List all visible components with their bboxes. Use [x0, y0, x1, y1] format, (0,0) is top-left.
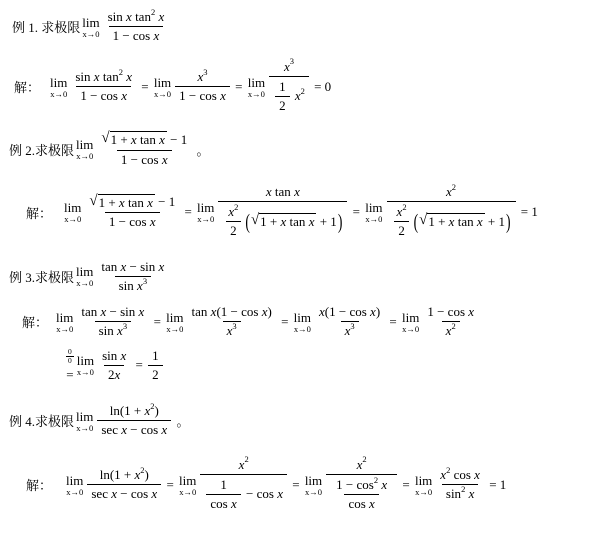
- math-text: − sin: [126, 259, 158, 275]
- lim-word: lim: [76, 138, 93, 151]
- fraction: x31 − cos x: [175, 68, 230, 106]
- numerator: x2: [442, 183, 460, 201]
- math-text: 2: [279, 98, 286, 114]
- math-text: tan: [81, 304, 100, 320]
- lim-subscript: x→0: [66, 488, 83, 497]
- math-text: ): [155, 403, 159, 419]
- example1-solution: 解：limx→0sin x tan2 x1 − cos x = limx→0x3…: [14, 58, 596, 117]
- math-variable: x: [147, 195, 153, 211]
- limit-operator: limx→0: [77, 354, 94, 377]
- math-text: cos: [450, 467, 474, 483]
- math-text: =: [66, 367, 73, 382]
- lim-word: lim: [66, 474, 83, 487]
- denominator: 1 − cos2 xcos x: [326, 474, 397, 515]
- denominator: 2x: [104, 365, 124, 384]
- fraction: x2 cos xsin2 x: [436, 466, 484, 504]
- math-variable: x: [115, 367, 121, 383]
- math-text: 1 − cos: [109, 214, 150, 230]
- math-text: 0: [68, 357, 72, 365]
- math-text: 解：: [22, 312, 48, 331]
- fraction: x22: [393, 203, 411, 241]
- math-text: tan: [132, 9, 151, 25]
- lim-word: lim: [365, 201, 382, 214]
- math-text: 2: [398, 223, 405, 239]
- math-text: 1: [220, 477, 227, 493]
- math-text: 解：: [26, 203, 52, 222]
- math-text: − sin: [106, 304, 138, 320]
- limit-operator: limx→0: [76, 410, 93, 433]
- limit-operator: limx→0: [154, 76, 171, 99]
- math-text: sin: [75, 69, 93, 85]
- superscript: 2: [244, 455, 248, 464]
- math-variable: x: [231, 496, 237, 512]
- lim-word: lim: [77, 354, 94, 367]
- math-text: + 1: [316, 214, 336, 230]
- math-variable: x: [121, 348, 127, 364]
- superscript: 2: [362, 455, 366, 464]
- square-root: √1 + x tan x: [89, 194, 155, 211]
- math-text: − 1: [155, 194, 175, 210]
- example4-solution: 解：limx→0ln(1 + x2)sec x − cos x = limx→0…: [26, 456, 596, 515]
- superscript: 2: [234, 203, 238, 212]
- math-text: tan: [192, 304, 211, 320]
- lim-subscript: x→0: [76, 152, 93, 161]
- limit-operator: limx→0: [402, 311, 419, 334]
- lim-word: lim: [64, 201, 81, 214]
- lim-word: lim: [76, 410, 93, 423]
- example1-title: 例 1. 求极限limx→0sin x tan2 x1 − cos x: [12, 8, 596, 46]
- math-text: tan: [137, 132, 159, 148]
- math-variable: x: [121, 88, 127, 104]
- math-text: 。: [173, 411, 189, 430]
- math-text: =: [163, 477, 177, 493]
- numerator: sin x tan2 x: [104, 8, 169, 26]
- math-text: sin: [102, 348, 120, 364]
- superscript: 2: [446, 466, 450, 475]
- lim-word: lim: [166, 311, 183, 324]
- math-variable: x: [159, 132, 165, 148]
- annotation-base: =: [66, 367, 73, 383]
- math-variable: x: [277, 486, 283, 502]
- example3-title: 例 3.求极限limx→0tan x − sin xsin x3: [9, 258, 596, 296]
- math-text: ): [145, 467, 149, 483]
- limit-operator: limx→0: [197, 201, 214, 224]
- superscript: 2: [301, 87, 305, 96]
- math-text: (1 − cos: [216, 304, 261, 320]
- lim-subscript: x→0: [76, 424, 93, 433]
- numerator: 1: [148, 347, 163, 365]
- math-text: (1 − cos: [325, 304, 370, 320]
- square-root: √1 + x tan x: [101, 131, 167, 148]
- math-text: =: [289, 477, 303, 493]
- lim-word: lim: [50, 76, 67, 89]
- math-text: tan: [125, 195, 147, 211]
- lim-subscript: x→0: [77, 368, 94, 377]
- paren-content: √1 + x tan x + 1: [251, 213, 337, 230]
- radicand: 1 + x tan x: [427, 213, 484, 230]
- lim-subscript: x→0: [166, 325, 183, 334]
- limit-operator: limx→0: [56, 311, 73, 334]
- denominator: 1 − cos x: [109, 26, 164, 45]
- annotation-top: 00: [66, 348, 74, 367]
- lim-subscript: x→0: [402, 325, 419, 334]
- fraction: sin x tan2 x1 − cos x: [104, 8, 169, 46]
- denominator: cos x: [344, 494, 378, 513]
- numerator: 1: [216, 476, 231, 494]
- math-text: 1 − cos: [336, 477, 374, 493]
- math-text: =: [138, 79, 152, 95]
- math-text: tan: [286, 214, 308, 230]
- math-text: tan: [100, 69, 119, 85]
- math-text: =: [386, 314, 400, 330]
- fraction: sin x2x: [98, 347, 130, 385]
- square-root: √1 + x tan x: [251, 213, 317, 230]
- math-text: + 1: [485, 214, 505, 230]
- limit-operator: limx→0: [76, 138, 93, 161]
- numerator: 1 − cos x: [423, 303, 478, 321]
- math-text: − cos: [243, 486, 277, 502]
- paren-group: (√1 + x tan x + 1): [413, 213, 512, 230]
- superscript: 2: [119, 68, 123, 77]
- lim-word: lim: [82, 16, 99, 29]
- math-text: 2: [230, 223, 237, 239]
- lim-word: lim: [154, 76, 171, 89]
- numerator: sin x: [98, 347, 130, 365]
- lim-subscript: x→0: [82, 30, 99, 39]
- limit-operator: limx→0: [64, 201, 81, 224]
- numerator: √1 + x tan x − 1: [85, 193, 179, 212]
- paren-content: √1 + x tan x + 1: [419, 213, 505, 230]
- denominator: sin x3: [115, 276, 151, 295]
- denominator: 2: [394, 221, 409, 240]
- fraction: x21cos x − cos x: [200, 456, 287, 515]
- superscript: 2: [151, 8, 155, 17]
- math-text: sec: [101, 422, 121, 438]
- math-text: 1 +: [111, 132, 131, 148]
- denominator: x3: [223, 321, 241, 340]
- math-text: 1 +: [99, 195, 119, 211]
- fraction: x22: [224, 203, 242, 241]
- math-variable: x: [468, 304, 474, 320]
- lim-subscript: x→0: [415, 488, 432, 497]
- math-variable: x: [162, 152, 168, 168]
- math-text: 。: [193, 140, 209, 159]
- lim-word: lim: [76, 265, 93, 278]
- math-text: − cos: [127, 422, 161, 438]
- example2-solution: 解：limx→0√1 + x tan x − 11 − cos x = limx…: [26, 183, 596, 242]
- denominator: x2: [442, 321, 460, 340]
- numerator: tan x(1 − cos x): [188, 303, 276, 321]
- limit-operator: limx→0: [294, 311, 311, 334]
- lim-subscript: x→0: [197, 215, 214, 224]
- math-variable: x: [465, 486, 474, 502]
- lim-subscript: x→0: [50, 90, 67, 99]
- math-variable: x: [159, 259, 165, 275]
- lim-word: lim: [56, 311, 73, 324]
- fraction: tan x − sin xsin x3: [77, 303, 148, 341]
- example2-title: 例 2.求极限limx→0√1 + x tan x − 11 − cos x 。: [9, 130, 596, 169]
- denominator: 12 x2: [269, 76, 309, 117]
- limit-operator: limx→0: [82, 16, 99, 39]
- numerator: x2: [235, 456, 253, 474]
- lim-subscript: x→0: [365, 215, 382, 224]
- lim-word: lim: [305, 474, 322, 487]
- radicand: 1 + x tan x: [98, 194, 155, 211]
- fraction: x(1 − cos x)x3: [315, 303, 384, 341]
- fraction: x2x22(√1 + x tan x + 1): [387, 183, 516, 242]
- math-text: =: [232, 79, 246, 95]
- lim-subscript: x→0: [64, 215, 81, 224]
- denominator: 0: [66, 356, 74, 365]
- math-text: 1 − cos: [427, 304, 468, 320]
- fraction: 1cos x: [206, 476, 240, 514]
- math-text: ): [376, 304, 380, 320]
- denominator: sec x − cos x: [87, 484, 161, 503]
- math-variable: x: [123, 69, 132, 85]
- math-variable: x: [161, 422, 167, 438]
- lim-word: lim: [179, 474, 196, 487]
- radical-icon: √: [101, 131, 109, 146]
- numerator: 1 − cos2 x: [332, 476, 391, 494]
- numerator: ln(1 + x2): [106, 402, 163, 420]
- math-text: tan: [272, 184, 294, 200]
- fraction: tan x − sin xsin x3: [97, 258, 168, 296]
- math-variable: x: [474, 467, 480, 483]
- fraction: √1 + x tan x − 11 − cos x: [97, 130, 191, 169]
- numerator: sin x tan2 x: [71, 68, 136, 86]
- math-text: sec: [91, 486, 111, 502]
- fraction: 12: [275, 78, 290, 116]
- math-variable: x: [309, 214, 315, 230]
- numerator: tan x − sin x: [77, 303, 148, 321]
- math-text: =: [399, 477, 413, 493]
- limit-operator: limx→0: [179, 474, 196, 497]
- superscript: 3: [123, 322, 127, 331]
- fraction: x312 x2: [269, 58, 309, 117]
- math-text: tan: [101, 259, 120, 275]
- radicand: 1 + x tan x: [110, 131, 167, 148]
- numerator: x2 cos x: [436, 466, 484, 484]
- math-text: 1 − cos: [179, 88, 220, 104]
- limit-operator: limx→0: [76, 265, 93, 288]
- numerator: √1 + x tan x − 1: [97, 130, 191, 149]
- math-variable: x: [150, 214, 156, 230]
- numerator: x3: [194, 68, 212, 86]
- superscript: 2: [451, 322, 455, 331]
- denominator: sin x3: [95, 321, 131, 340]
- denominator: x22(√1 + x tan x + 1): [218, 201, 347, 242]
- fraction: x tan xx22(√1 + x tan x + 1): [218, 183, 347, 242]
- math-variable: x: [477, 214, 483, 230]
- math-text: − 1: [167, 132, 187, 148]
- superscript: 3: [290, 57, 294, 66]
- right-paren: ): [337, 209, 344, 235]
- numerator: x(1 − cos x): [315, 303, 384, 321]
- math-text: =: [278, 314, 292, 330]
- math-text: = 1: [518, 204, 538, 220]
- numerator: ln(1 + x2): [96, 466, 153, 484]
- math-variable: x: [378, 477, 387, 493]
- superscript: 3: [232, 322, 236, 331]
- math-text: cos: [348, 496, 369, 512]
- math-text: =: [181, 204, 195, 220]
- fraction: 12: [148, 347, 163, 385]
- superscript: 2: [140, 466, 144, 475]
- denominator: 1cos x − cos x: [200, 474, 287, 515]
- math-text: 解：: [26, 475, 52, 494]
- denominator: 2: [226, 221, 241, 240]
- math-text: 2: [152, 367, 159, 383]
- lim-word: lim: [248, 76, 265, 89]
- math-text: tan: [454, 214, 476, 230]
- superscript: 2: [452, 183, 456, 192]
- math-document: 例 1. 求极限limx→0sin x tan2 x1 − cos x解：lim…: [0, 0, 600, 541]
- fraction: ln(1 + x2)sec x − cos x: [87, 466, 161, 504]
- math-text: sin: [99, 323, 117, 339]
- lim-subscript: x→0: [76, 279, 93, 288]
- denominator: 1 − cos x: [76, 86, 131, 105]
- numerator: x2: [224, 203, 242, 221]
- math-text: 例 4.求极限: [9, 411, 74, 430]
- math-text: sin: [108, 9, 126, 25]
- math-variable: x: [153, 28, 159, 44]
- lim-subscript: x→0: [248, 90, 265, 99]
- denominator: 2: [148, 365, 163, 384]
- lim-word: lim: [402, 311, 419, 324]
- math-text: 解：: [14, 77, 40, 96]
- numerator: tan x − sin x: [97, 258, 168, 276]
- lim-word: lim: [294, 311, 311, 324]
- example4-title: 例 4.求极限limx→0ln(1 + x2)sec x − cos x 。: [9, 402, 596, 440]
- math-text: =: [132, 357, 146, 373]
- fraction: x21 − cos2 xcos x: [326, 456, 397, 515]
- math-text: =: [349, 204, 363, 220]
- fraction: 1 − cos xx2: [423, 303, 478, 341]
- denominator: x3: [341, 321, 359, 340]
- numerator: 0: [66, 348, 74, 356]
- right-paren: ): [505, 209, 512, 235]
- math-variable: x: [294, 184, 300, 200]
- superscript: 3: [350, 322, 354, 331]
- math-text: 1: [279, 79, 286, 95]
- lim-subscript: x→0: [56, 325, 73, 334]
- lim-subscript: x→0: [305, 488, 322, 497]
- numerator: 1: [275, 78, 290, 96]
- superscript: 2: [402, 203, 406, 212]
- math-text: 1: [152, 348, 159, 364]
- limit-operator: limx→0: [305, 474, 322, 497]
- fraction: 00: [66, 348, 74, 366]
- superscript: 3: [143, 277, 147, 286]
- limit-operator: limx→0: [166, 311, 183, 334]
- paren-group: (√1 + x tan x + 1): [244, 213, 343, 230]
- math-text: ln(1 +: [110, 403, 145, 419]
- math-text: 例 3.求极限: [9, 267, 74, 286]
- lim-word: lim: [415, 474, 432, 487]
- denominator: sin2 x: [442, 484, 478, 503]
- superscript: 3: [203, 68, 207, 77]
- math-text: sin: [446, 486, 461, 502]
- denominator: cos x: [206, 494, 240, 513]
- fraction: tan x(1 − cos x)x3: [188, 303, 276, 341]
- example3-solution-cont: 00=limx→0sin x2x = 12: [66, 347, 596, 385]
- math-text: cos: [210, 496, 231, 512]
- radical-icon: √: [251, 213, 259, 228]
- denominator: 1 − cos x: [117, 150, 172, 169]
- math-text: 例 1. 求极限: [12, 17, 80, 36]
- denominator: 1 − cos x: [105, 212, 160, 231]
- example3-solution: 解：limx→0tan x − sin xsin x3 = limx→0tan …: [22, 303, 596, 341]
- fraction: 1 − cos2 xcos x: [332, 476, 391, 514]
- denominator: 1 − cos x: [175, 86, 230, 105]
- fraction: ln(1 + x2)sec x − cos x: [97, 402, 171, 440]
- math-text: 1 − cos: [113, 28, 154, 44]
- square-root: √1 + x tan x: [419, 213, 485, 230]
- radicand: 1 + x tan x: [259, 213, 316, 230]
- superscript: 2: [461, 485, 465, 494]
- numerator: x2: [353, 456, 371, 474]
- math-variable: x: [220, 88, 226, 104]
- radical-icon: √: [419, 213, 427, 228]
- numerator: x3: [280, 58, 298, 76]
- math-text: ln(1 +: [100, 467, 135, 483]
- limit-operator: limx→0: [365, 201, 382, 224]
- math-text: 0: [68, 348, 72, 356]
- lim-subscript: x→0: [294, 325, 311, 334]
- limit-operator: limx→0: [66, 474, 83, 497]
- math-variable: x: [155, 9, 164, 25]
- lim-word: lim: [197, 201, 214, 214]
- fraction: sin x tan2 x1 − cos x: [71, 68, 136, 106]
- superscript: 2: [150, 402, 154, 411]
- denominator: 2: [275, 96, 290, 115]
- limit-operator: limx→0: [415, 474, 432, 497]
- denominator: sec x − cos x: [97, 420, 171, 439]
- numerator: x2: [393, 203, 411, 221]
- radical-icon: √: [89, 194, 97, 209]
- fraction: √1 + x tan x − 11 − cos x: [85, 193, 179, 232]
- math-variable: x: [139, 304, 145, 320]
- math-variable: x: [369, 496, 375, 512]
- math-variable: x: [292, 88, 301, 104]
- math-text: = 0: [311, 79, 331, 95]
- math-text: 1 +: [260, 214, 280, 230]
- math-variable: x: [151, 486, 157, 502]
- math-text: 1 − cos: [80, 88, 121, 104]
- superscript: 2: [374, 476, 378, 485]
- limit-operator: limx→0: [248, 76, 265, 99]
- zero-over-zero-annotation: 00=: [66, 348, 74, 383]
- math-text: sin: [119, 278, 137, 294]
- lim-subscript: x→0: [179, 488, 196, 497]
- math-text: = 1: [486, 477, 506, 493]
- limit-operator: limx→0: [50, 76, 67, 99]
- math-text: 1 − cos: [121, 152, 162, 168]
- math-text: − cos: [117, 486, 151, 502]
- denominator: x22(√1 + x tan x + 1): [387, 201, 516, 242]
- math-text: ): [267, 304, 271, 320]
- math-text: 1 +: [428, 214, 448, 230]
- lim-subscript: x→0: [154, 90, 171, 99]
- numerator: x tan x: [262, 183, 304, 201]
- math-text: =: [150, 314, 164, 330]
- math-text: 例 2.求极限: [9, 140, 74, 159]
